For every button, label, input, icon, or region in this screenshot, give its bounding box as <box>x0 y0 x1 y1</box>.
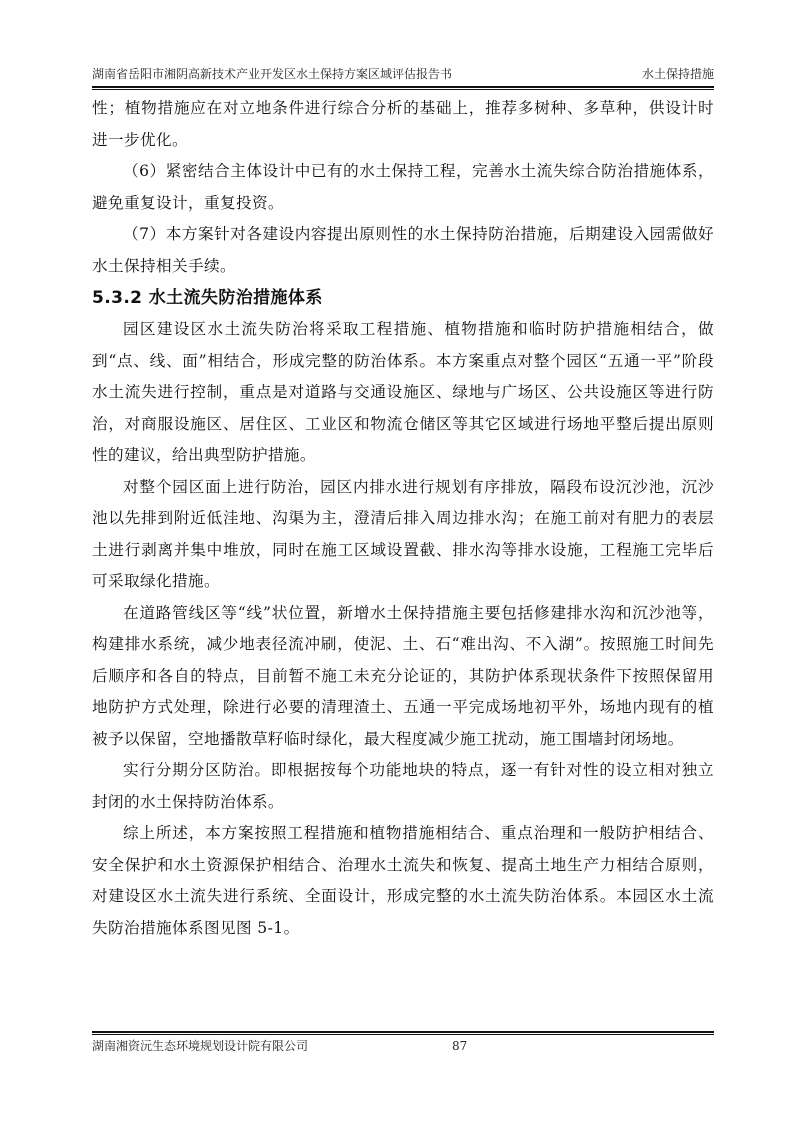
page-header: 湖南省岳阳市湘阴高新技术产业开发区水土保持方案区域评估报告书 水土保持措施 <box>92 64 714 84</box>
footer-company: 湖南湘资沅生态环境规划设计院有限公司 <box>92 1037 308 1055</box>
document-page: 湖南省岳阳市湘阴高新技术产业开发区水土保持方案区域评估报告书 水土保持措施 性；… <box>0 0 793 1122</box>
header-rule-thick <box>92 86 714 88</box>
footer-rule-thin <box>92 1034 714 1035</box>
page-body: 性；植物措施应在对立地条件进行综合分析的基础上，推荐多树种、多草种，供设计时进一… <box>92 93 714 944</box>
paragraph-phased-control: 实行分期分区防治。即根据按每个功能地块的特点，逐一有针对性的设立相对独立封闭的水… <box>92 755 714 818</box>
paragraph-area-control: 对整个园区面上进行防治，园区内排水进行规划有序排放，隔段布设沉沙池，沉沙池以先排… <box>92 472 714 598</box>
header-chapter-title: 水土保持措施 <box>642 64 714 84</box>
paragraph-overview: 园区建设区水土流失防治将采取工程措施、植物措施和临时防护措施相结合，做到“点、线… <box>92 314 714 472</box>
header-rule-thin <box>92 89 714 90</box>
header-report-title: 湖南省岳阳市湘阴高新技术产业开发区水土保持方案区域评估报告书 <box>92 64 452 84</box>
footer-rule-thick <box>92 1031 714 1033</box>
paragraph-line-control: 在道路管线区等“线”状位置，新增水土保持措施主要包括修建排水沟和沉沙池等，构建排… <box>92 598 714 756</box>
page-footer: 湖南湘资沅生态环境规划设计院有限公司 87 <box>92 1037 714 1055</box>
paragraph-item-6: （6）紧密结合主体设计中已有的水土保持工程，完善水土流失综合防治措施体系，避免重… <box>92 156 714 219</box>
paragraph-item-7: （7）本方案针对各建设内容提出原则性的水土保持防治措施，后期建设入园需做好水土保… <box>92 219 714 282</box>
paragraph-continued: 性；植物措施应在对立地条件进行综合分析的基础上，推荐多树种、多草种，供设计时进一… <box>92 93 714 156</box>
section-heading: 5.3.2 水土流失防治措施体系 <box>92 282 714 314</box>
paragraph-summary: 综上所述，本方案按照工程措施和植物措施相结合、重点治理和一般防护相结合、 安全保… <box>92 818 714 944</box>
page-number: 87 <box>452 1037 467 1055</box>
